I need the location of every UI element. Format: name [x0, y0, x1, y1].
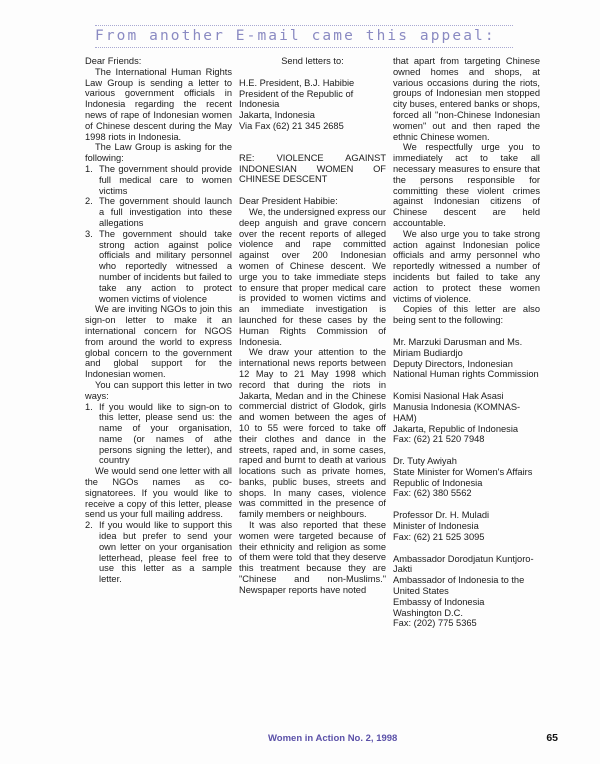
article-title-block: From another E-mail came this appeal: [95, 25, 513, 48]
address-line: Fax: (202) 775 5365 [393, 618, 540, 629]
journal-footer-title: Women in Action No. 2, 1998 [268, 733, 397, 744]
address-line: Via Fax (62) 21 345 2685 [239, 121, 386, 132]
address-line: H.E. President, B.J. Habibie [239, 78, 386, 89]
address-line: Mr. Marzuki Darusman and Ms. Miriam Budi… [393, 337, 540, 359]
item-text: If you would like to sign-on to this let… [99, 402, 232, 467]
address-line: Embassy of Indonesia [393, 597, 540, 608]
column-1: Dear Friends: The International Human Ri… [85, 56, 232, 629]
address-line: Komisi Nasional Hak Asasi Manusia Indone… [393, 391, 540, 423]
paragraph-continuation: that apart from targeting Chinese owned … [393, 56, 540, 142]
address-line: State Minister for Women's Affairs [393, 467, 540, 478]
item-text: The government should provide full medic… [99, 164, 232, 196]
paragraph: We respectfully urge you to immediately … [393, 142, 540, 228]
paragraph: We would send one letter with all the NG… [85, 466, 232, 520]
numbered-item: 1. The government should provide full me… [85, 164, 232, 196]
numbered-item: 2. The government should launch a full i… [85, 196, 232, 228]
document-page: From another E-mail came this appeal: De… [0, 0, 600, 764]
address-block-muladi: Professor Dr. H. MuladiMinister of Indon… [393, 510, 540, 542]
item-number: 1. [85, 402, 99, 467]
column-3: that apart from targeting Chinese owned … [393, 56, 540, 629]
paragraph: We are inviting NGOs to join this sign-o… [85, 304, 232, 380]
paragraph: The Law Group is asking for the followin… [85, 142, 232, 164]
item-number: 1. [85, 164, 99, 196]
address-line: Professor Dr. H. Muladi [393, 510, 540, 521]
item-text: The government should launch a full inve… [99, 196, 232, 228]
paragraph: You can support this letter in two ways: [85, 380, 232, 402]
item-number: 2. [85, 520, 99, 585]
address-line: Republic of Indonesia [393, 478, 540, 489]
article-title: From another E-mail came this appeal: [95, 28, 513, 44]
address-line: Ambassador Dorodjatun Kuntjoro-Jakti [393, 554, 540, 576]
letter-salutation: Dear President Habibie: [239, 196, 386, 207]
address-line: Washington D.C. [393, 608, 540, 619]
address-block-darusman: Mr. Marzuki Darusman and Ms. Miriam Budi… [393, 337, 540, 380]
address-block-komnas-ham: Komisi Nasional Hak Asasi Manusia Indone… [393, 391, 540, 445]
paragraph: The International Human Rights Law Group… [85, 67, 232, 143]
article-columns: Dear Friends: The International Human Ri… [85, 56, 541, 629]
paragraph: We draw your attention to the internatio… [239, 347, 386, 520]
send-letters-heading: Send letters to: [239, 56, 386, 67]
address-line: President of the Republic of Indonesia [239, 89, 386, 111]
paragraph: Copies of this letter are also being sen… [393, 304, 540, 326]
column-2: Send letters to: H.E. President, B.J. Ha… [239, 56, 386, 629]
numbered-item: 1. If you would like to sign-on to this … [85, 402, 232, 467]
item-text: If you would like to support this idea b… [99, 520, 232, 585]
item-number: 3. [85, 229, 99, 305]
address-line: Fax: (62) 21 525 3095 [393, 532, 540, 543]
address-line: Jakarta, Republic of Indonesia [393, 424, 540, 435]
address-block-habibie: H.E. President, B.J. HabibiePresident of… [239, 78, 386, 132]
numbered-item: 2. If you would like to support this ide… [85, 520, 232, 585]
address-block-kuntjoro-jakti: Ambassador Dorodjatun Kuntjoro-JaktiAmba… [393, 554, 540, 630]
address-line: Fax: (62) 21 520 7948 [393, 434, 540, 445]
salutation: Dear Friends: [85, 56, 232, 67]
numbered-item: 3. The government should take strong act… [85, 229, 232, 305]
paragraph: We also urge you to take strong action a… [393, 229, 540, 305]
address-line: Jakarta, Indonesia [239, 110, 386, 121]
paragraph: It was also reported that these women we… [239, 520, 386, 596]
address-line: Fax: (62) 380 5562 [393, 488, 540, 499]
item-number: 2. [85, 196, 99, 228]
address-line: Ambassador of Indonesia to the United St… [393, 575, 540, 597]
paragraph: We, the undersigned express our deep ang… [239, 207, 386, 347]
address-line: Minister of Indonesia [393, 521, 540, 532]
re-subject-line: RE: VIOLENCE AGAINST INDONESIAN WOMEN OF… [239, 153, 386, 185]
address-block-awiyah: Dr. Tuty AwiyahState Minister for Women'… [393, 456, 540, 499]
address-line: Dr. Tuty Awiyah [393, 456, 540, 467]
page-number: 65 [546, 732, 558, 744]
item-text: The government should take strong action… [99, 229, 232, 305]
address-line: Deputy Directors, Indonesian National Hu… [393, 359, 540, 381]
